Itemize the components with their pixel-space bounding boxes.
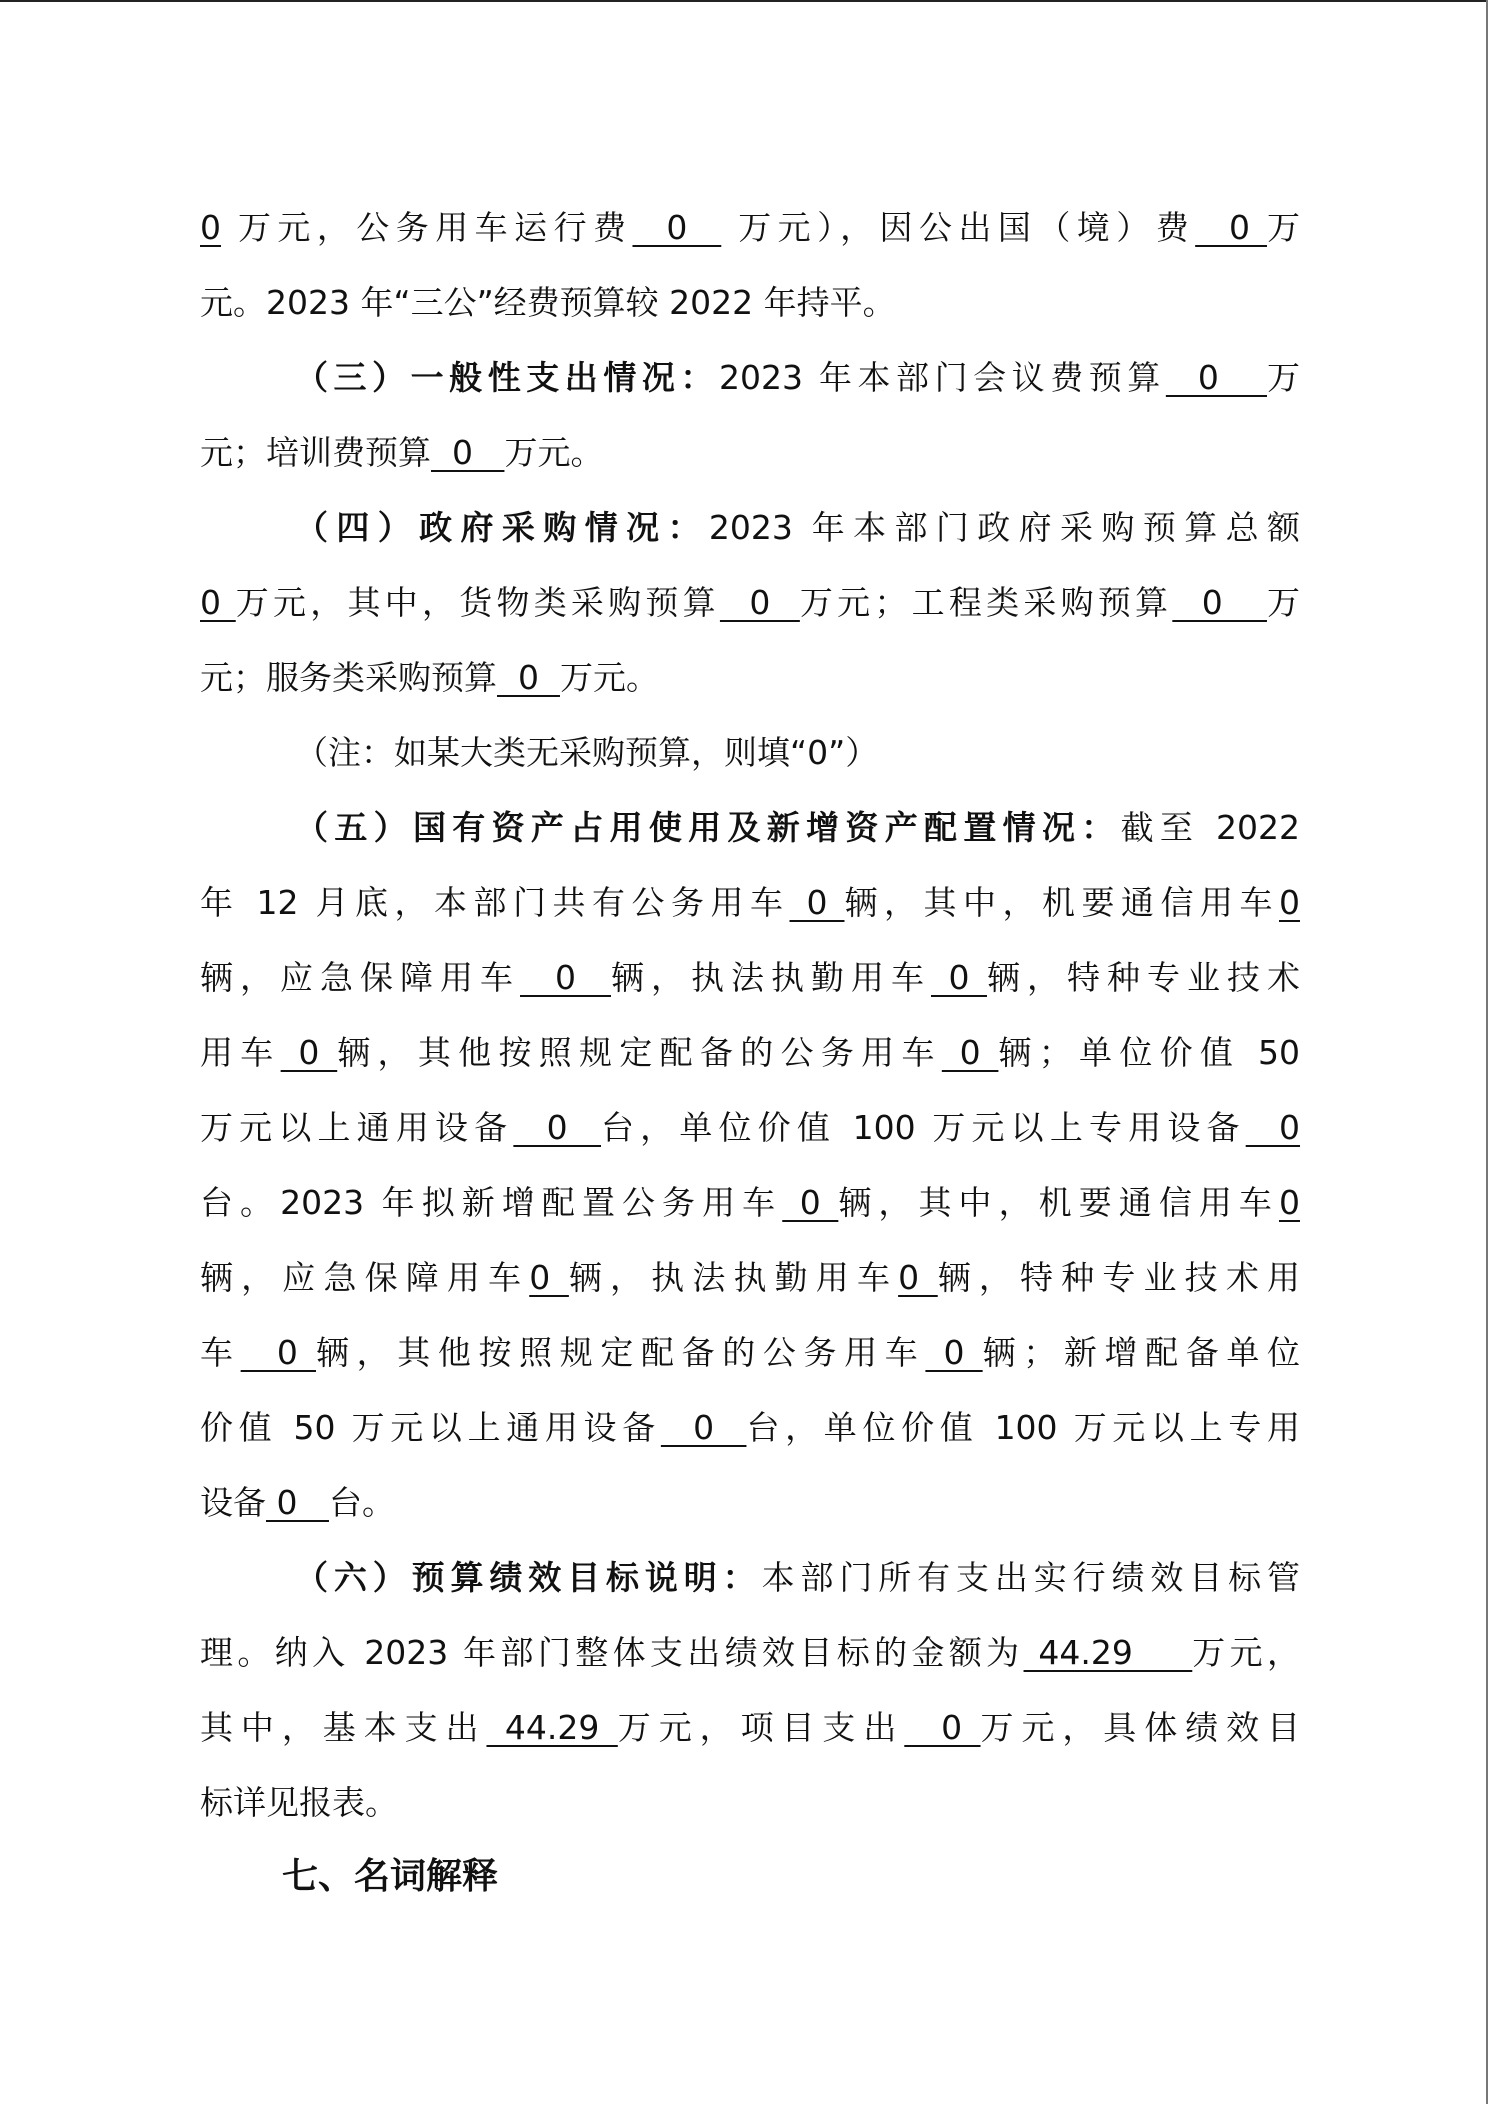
performance-line-1: （六）预算绩效目标说明：本部门所有支出实行绩效目标管 bbox=[295, 1553, 1300, 1603]
new-special-vehicles-value: 0 bbox=[241, 1333, 316, 1372]
new-law-enforcement-vehicles-value: 0 bbox=[898, 1258, 938, 1297]
law-enforcement-vehicles-value: 0 bbox=[931, 958, 987, 997]
text: 万元；工程类采购预算 bbox=[800, 583, 1172, 622]
new-vehicles-value: 0 bbox=[782, 1183, 838, 1222]
performance-line-3: 其中，基本支出 44.29 万元，项目支出 0 万元，具体绩效目 bbox=[200, 1703, 1300, 1753]
three-public-line-2: 元。2023 年“三公”经费预算较 2022 年持平。 bbox=[200, 278, 1300, 328]
text: 台，单位价值 100 万元以上专用设备 bbox=[601, 1108, 1246, 1147]
text: 万 bbox=[1267, 208, 1300, 247]
text: 万元以上通用设备 bbox=[200, 1108, 513, 1147]
text: 理。纳入 2023 年部门整体支出绩效目标的金额为 bbox=[200, 1633, 1024, 1672]
performance-line-2: 理。纳入 2023 年部门整体支出绩效目标的金额为 44.29 万元， bbox=[200, 1628, 1300, 1678]
basic-expense-value: 44.29 bbox=[486, 1708, 617, 1747]
assets-line-7: 辆，应急保障用车0 辆，执法执勤用车0 辆，特种专业技术用 bbox=[200, 1253, 1300, 1303]
text: 辆，特种专业技术用 bbox=[938, 1258, 1300, 1297]
reception-fee-value: 0 bbox=[200, 208, 221, 247]
text: 辆；新增配备单位 bbox=[983, 1333, 1300, 1372]
text: 辆，其中，机要通信用车 bbox=[838, 1183, 1279, 1222]
section-3-label: （三）一般性支出情况： bbox=[295, 358, 719, 397]
text: 设备 bbox=[200, 1483, 266, 1522]
new-emergency-vehicles-value: 0 bbox=[529, 1258, 569, 1297]
three-public-line-1: 0 万元，公务用车运行费 0 万元），因公出国（境）费 0 万 bbox=[200, 203, 1300, 253]
text: 台。 bbox=[329, 1483, 395, 1522]
special-vehicles-value: 0 bbox=[281, 1033, 338, 1072]
confidential-vehicles-value: 0 bbox=[1279, 883, 1300, 922]
text: 台。2023 年拟新增配置公务用车 bbox=[200, 1183, 782, 1222]
text: 辆，执法执勤用车 bbox=[611, 958, 931, 997]
services-procurement-value: 0 bbox=[497, 658, 560, 697]
text: 辆，其中，机要通信用车 bbox=[844, 883, 1279, 922]
text: 元；培训费预算 bbox=[200, 433, 431, 472]
text: 万元，其中，货物类采购预算 bbox=[236, 583, 720, 622]
text: 辆，应急保障用车 bbox=[200, 1258, 529, 1297]
assets-line-9: 价值 50 万元以上通用设备 0 台，单位价值 100 万元以上专用 bbox=[200, 1403, 1300, 1453]
assets-line-2: 年 12 月底，本部门共有公务用车 0 辆，其中，机要通信用车0 bbox=[200, 878, 1300, 928]
text: 辆，执法执勤用车 bbox=[569, 1258, 898, 1297]
text: 2023 年本部门政府采购预算总额 bbox=[709, 508, 1300, 547]
section-4-label: （四）政府采购情况： bbox=[295, 508, 709, 547]
text: 辆，其他按照规定配备的公务用车 bbox=[316, 1333, 925, 1372]
procurement-line-2: 0 万元，其中，货物类采购预算 0 万元；工程类采购预算 0 万 bbox=[200, 578, 1300, 628]
text: 万 bbox=[1267, 583, 1300, 622]
assets-line-3: 辆，应急保障用车 0 辆，执法执勤用车 0 辆，特种专业技术 bbox=[200, 953, 1300, 1003]
project-expense-value: 0 bbox=[904, 1708, 980, 1747]
text: 万元。 bbox=[560, 658, 659, 697]
procurement-note: （注：如某大类无采购预算，则填“0”） bbox=[295, 728, 1300, 778]
text: 万元），因公出国（境）费 bbox=[721, 208, 1195, 247]
text: 车 bbox=[200, 1333, 241, 1372]
text: 万元，项目支出 bbox=[618, 1708, 904, 1747]
procurement-line-1: （四）政府采购情况：2023 年本部门政府采购预算总额 bbox=[295, 503, 1300, 553]
text: 辆；单位价值 50 bbox=[998, 1033, 1300, 1072]
page-top-border bbox=[0, 0, 1488, 2]
new-confidential-vehicles-value: 0 bbox=[1279, 1183, 1300, 1222]
text: 2023 年本部门会议费预算 bbox=[719, 358, 1166, 397]
procurement-total-value: 0 bbox=[200, 583, 236, 622]
text: 截至 2022 bbox=[1121, 808, 1300, 847]
text: 辆，应急保障用车 bbox=[200, 958, 520, 997]
other-vehicles-value: 0 bbox=[942, 1033, 999, 1072]
text: 价值 50 万元以上通用设备 bbox=[200, 1408, 661, 1447]
text: 辆，特种专业技术 bbox=[987, 958, 1300, 997]
assets-line-5: 万元以上通用设备 0 台，单位价值 100 万元以上专用设备 0 bbox=[200, 1103, 1300, 1153]
text: 万元， bbox=[1192, 1633, 1300, 1672]
text: 元；服务类采购预算 bbox=[200, 658, 497, 697]
general-expense-line-2: 元；培训费预算 0 万元。 bbox=[200, 428, 1300, 478]
procurement-line-3: 元；服务类采购预算 0 万元。 bbox=[200, 653, 1300, 703]
text: 其中，基本支出 bbox=[200, 1708, 486, 1747]
new-general-equipment-value: 0 bbox=[661, 1408, 747, 1447]
overseas-fee-value: 0 bbox=[1195, 208, 1267, 247]
assets-line-4: 用车 0 辆，其他按照规定配备的公务用车 0 辆；单位价值 50 bbox=[200, 1028, 1300, 1078]
text: 年 12 月底，本部门共有公务用车 bbox=[200, 883, 790, 922]
vehicle-operation-fee-value: 0 bbox=[632, 208, 721, 247]
text: 台，单位价值 100 万元以上专用 bbox=[746, 1408, 1300, 1447]
new-special-equipment-value: 0 bbox=[266, 1483, 329, 1522]
text: 用车 bbox=[200, 1033, 281, 1072]
training-fee-value: 0 bbox=[431, 433, 504, 472]
text: 万 bbox=[1267, 358, 1300, 397]
text: 万元，公务用车运行费 bbox=[221, 208, 632, 247]
engineering-procurement-value: 0 bbox=[1172, 583, 1267, 622]
general-expense-line-1: （三）一般性支出情况：2023 年本部门会议费预算 0 万 bbox=[295, 353, 1300, 403]
section-6-label: （六）预算绩效目标说明： bbox=[295, 1558, 762, 1597]
performance-total-value: 44.29 bbox=[1024, 1633, 1193, 1672]
special-equipment-value: 0 bbox=[1246, 1108, 1300, 1147]
assets-line-1: （五）国有资产占用使用及新增资产配置情况：截至 2022 bbox=[295, 803, 1300, 853]
text: 万元，具体绩效目 bbox=[981, 1708, 1300, 1747]
text: 本部门所有支出实行绩效目标管 bbox=[762, 1558, 1300, 1597]
goods-procurement-value: 0 bbox=[720, 583, 800, 622]
emergency-vehicles-value: 0 bbox=[520, 958, 611, 997]
text: 辆，其他按照规定配备的公务用车 bbox=[337, 1033, 942, 1072]
general-equipment-value: 0 bbox=[513, 1108, 601, 1147]
performance-line-4: 标详见报表。 bbox=[200, 1778, 1300, 1828]
meeting-fee-value: 0 bbox=[1166, 358, 1267, 397]
vehicles-total-value: 0 bbox=[790, 883, 845, 922]
new-other-vehicles-value: 0 bbox=[925, 1333, 982, 1372]
assets-line-6: 台。2023 年拟新增配置公务用车 0 辆，其中，机要通信用车0 bbox=[200, 1178, 1300, 1228]
section-7-heading: 七、名词解释 bbox=[282, 1852, 498, 1902]
assets-line-8: 车 0 辆，其他按照规定配备的公务用车 0 辆；新增配备单位 bbox=[200, 1328, 1300, 1378]
section-5-label: （五）国有资产占用使用及新增资产配置情况： bbox=[295, 808, 1121, 847]
assets-line-10: 设备 0 台。 bbox=[200, 1478, 1300, 1528]
text: 万元。 bbox=[504, 433, 603, 472]
